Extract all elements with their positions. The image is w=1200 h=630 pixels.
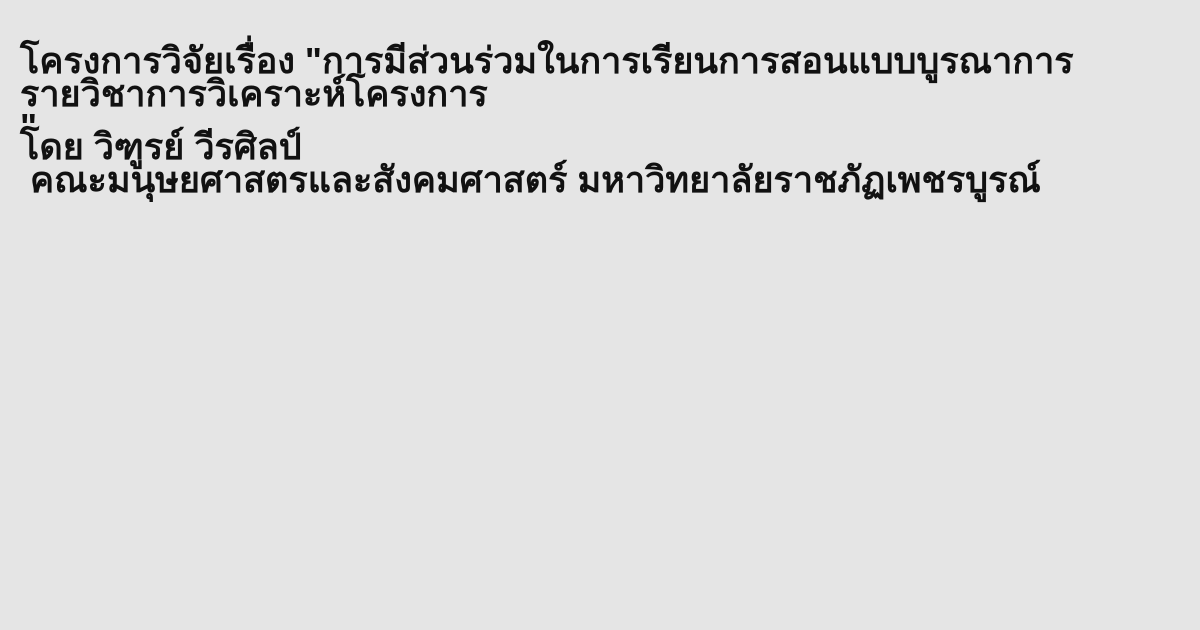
og-card: โครงการวิจัยเรื่อง "การมีส่วนร่วมในการเร…: [0, 0, 1200, 630]
byline-block: โดย วิฑูรย์ วีรศิลป์ คณะมนุษยศาสตรและสัง…: [20, 130, 1184, 196]
affiliation-line: คณะมนุษยศาสตรและสังคมศาสตร์ มหาวิทยาลัยร…: [20, 163, 1184, 196]
